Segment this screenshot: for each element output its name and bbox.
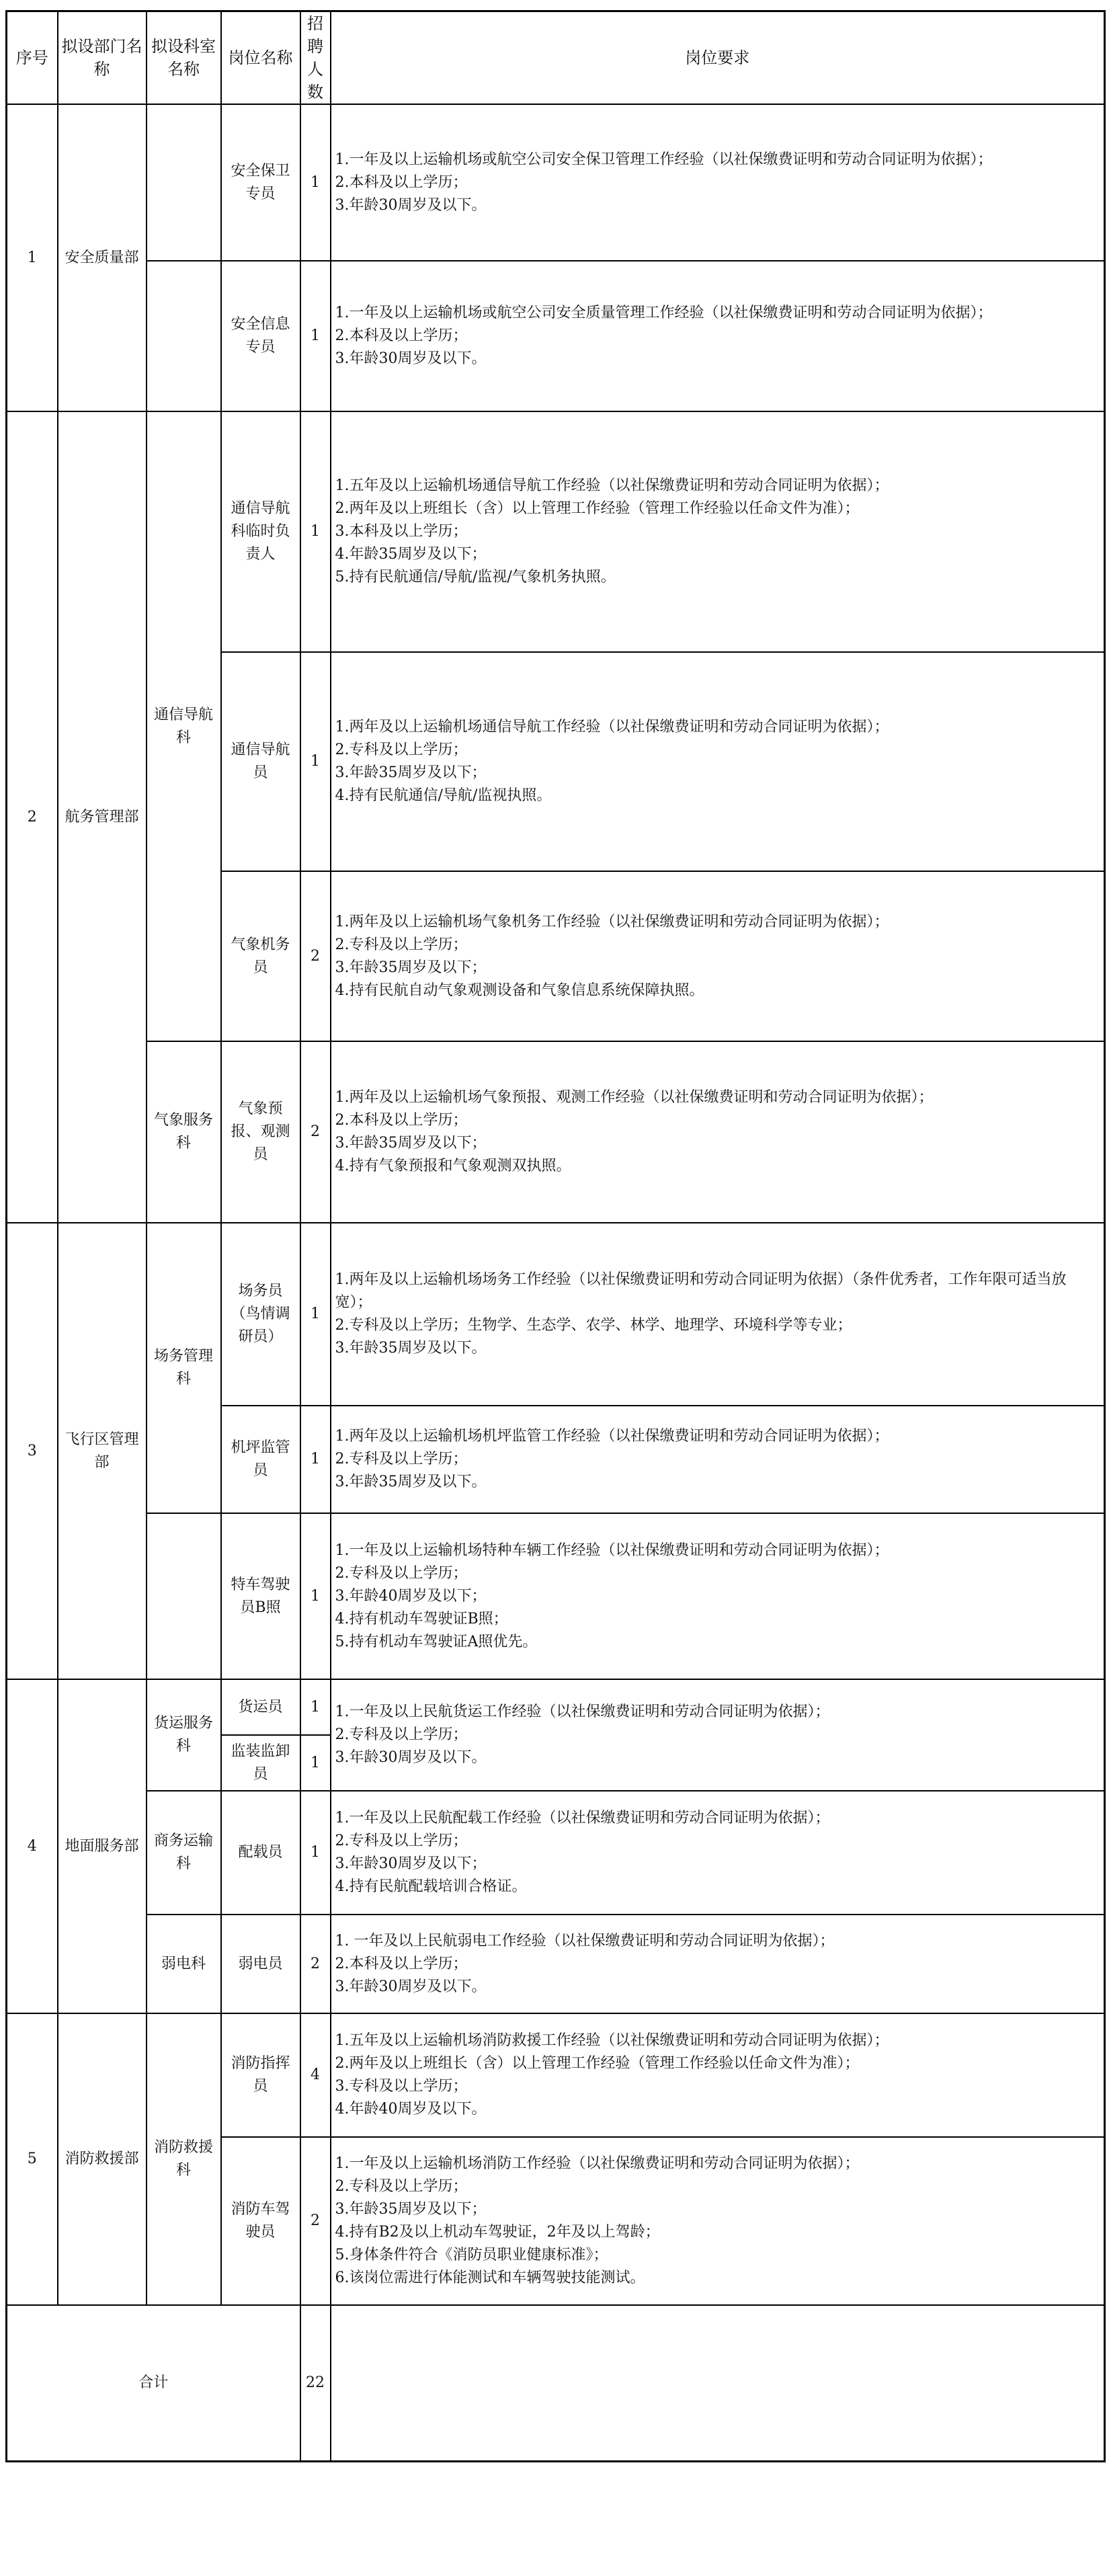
requirement-item: 4.年龄40周岁及以下。 [335, 2098, 1102, 2121]
cell-section: 通信导航科 [147, 411, 221, 1041]
requirement-item: 2.专科及以上学历； [335, 1562, 1102, 1585]
cell-count: 1 [300, 104, 331, 261]
cell-requirements: 1.一年及以上民航配载工作经验（以社保缴费证明和劳动合同证明为依据）；2.专科及… [331, 1791, 1105, 1915]
requirement-item: 1.两年及以上运输机场机坪监管工作经验（以社保缴费证明和劳动合同证明为依据）； [335, 1425, 1102, 1448]
cell-count: 1 [300, 652, 331, 871]
table-row: 1安全质量部安全保卫专员11.一年及以上运输机场或航空公司安全保卫管理工作经验（… [7, 104, 1105, 261]
requirement-item: 3.年龄30周岁及以下。 [335, 1746, 1102, 1769]
cell-position: 场务员（鸟情调研员） [221, 1223, 300, 1406]
table-row: 气象服务科气象预报、观测员21.两年及以上运输机场气象预报、观测工作经验（以社保… [7, 1041, 1105, 1223]
position-name: 通信导航科临时负责人 [222, 497, 300, 566]
requirement-item: 2.专科及以上学历； [335, 934, 1102, 957]
requirement-item: 4.年龄35周岁及以下； [335, 543, 1102, 566]
position-name: 配载员 [234, 1841, 286, 1864]
cell-section: 场务管理科 [147, 1223, 221, 1513]
cell-requirements: 1.一年及以上运输机场消防工作经验（以社保缴费证明和劳动合同证明为依据）；2.专… [331, 2137, 1105, 2305]
cell-position: 机坪监管员 [221, 1406, 300, 1513]
cell-section [147, 261, 221, 411]
cell-count: 1 [300, 1791, 331, 1915]
cell-requirements: 1.一年及以上运输机场或航空公司安全保卫管理工作经验（以社保缴费证明和劳动合同证… [331, 104, 1105, 261]
cell-no: 4 [7, 1679, 58, 2013]
cell-position: 通信导航科临时负责人 [221, 411, 300, 652]
cell-count: 1 [300, 1223, 331, 1406]
cell-requirements: 1. 一年及以上民航弱电工作经验（以社保缴费证明和劳动合同证明为依据）；2.本科… [331, 1915, 1105, 2013]
position-name: 机坪监管员 [222, 1437, 300, 1482]
total-label: 合计 [7, 2305, 300, 2462]
requirement-item: 1.一年及以上民航配载工作经验（以社保缴费证明和劳动合同证明为依据）； [335, 1807, 1102, 1830]
cell-section: 消防救援科 [147, 2013, 221, 2305]
cell-requirements: 1.一年及以上民航货运工作经验（以社保缴费证明和劳动合同证明为依据）；2.专科及… [331, 1679, 1105, 1791]
table-row: 4地面服务部货运服务科货运员11.一年及以上民航货运工作经验（以社保缴费证明和劳… [7, 1679, 1105, 1735]
cell-count: 4 [300, 2013, 331, 2137]
cell-dept: 航务管理部 [58, 411, 147, 1223]
cell-count: 2 [300, 2137, 331, 2305]
cell-count: 1 [300, 1735, 331, 1791]
cell-requirements: 1.两年及以上运输机场气象预报、观测工作经验（以社保缴费证明和劳动合同证明为依据… [331, 1041, 1105, 1223]
header-section: 拟设科室名称 [147, 11, 221, 105]
cell-count: 1 [300, 261, 331, 411]
requirement-item: 4.持有民航配载培训合格证。 [335, 1876, 1102, 1898]
cell-requirements: 1.两年及以上运输机场通信导航工作经验（以社保缴费证明和劳动合同证明为依据）；2… [331, 652, 1105, 871]
requirement-item: 4.持有民航自动气象观测设备和气象信息系统保障执照。 [335, 979, 1102, 1002]
requirement-item: 1.一年及以上运输机场消防工作经验（以社保缴费证明和劳动合同证明为依据）； [335, 2152, 1102, 2175]
position-name: 气象机务员 [222, 934, 300, 979]
requirement-item: 1.一年及以上运输机场特种车辆工作经验（以社保缴费证明和劳动合同证明为依据）； [335, 1539, 1102, 1562]
table-body: 1安全质量部安全保卫专员11.一年及以上运输机场或航空公司安全保卫管理工作经验（… [7, 104, 1105, 2305]
requirement-item: 4.持有机动车驾驶证B照； [335, 1608, 1102, 1631]
requirement-item: 1.两年及以上运输机场场务工作经验（以社保缴费证明和劳动合同证明为依据）（条件优… [335, 1269, 1102, 1314]
position-name: 气象预报、观测员 [222, 1098, 300, 1166]
requirement-item: 3.年龄35周岁及以下。 [335, 1471, 1102, 1494]
requirement-item: 5.身体条件符合《消防员职业健康标准》； [335, 2244, 1102, 2267]
cell-section: 货运服务科 [147, 1679, 221, 1791]
requirement-item: 2.本科及以上学历； [335, 1109, 1102, 1132]
cell-section: 商务运输科 [147, 1791, 221, 1915]
requirement-item: 2.本科及以上学历； [335, 1953, 1102, 1976]
requirement-item: 3.年龄30周岁及以下。 [335, 1976, 1102, 1999]
cell-dept: 飞行区管理部 [58, 1223, 147, 1679]
requirement-item: 1.一年及以上运输机场或航空公司安全质量管理工作经验（以社保缴费证明和劳动合同证… [335, 302, 1102, 325]
cell-position: 气象预报、观测员 [221, 1041, 300, 1223]
requirement-item: 3.年龄30周岁及以下。 [335, 194, 1102, 217]
cell-count: 1 [300, 1513, 331, 1679]
cell-dept: 地面服务部 [58, 1679, 147, 2013]
requirement-item: 1.两年及以上运输机场气象机务工作经验（以社保缴费证明和劳动合同证明为依据）； [335, 911, 1102, 934]
cell-position: 气象机务员 [221, 871, 300, 1041]
cell-count: 2 [300, 1915, 331, 2013]
requirement-item: 3.年龄30周岁及以下。 [335, 348, 1102, 370]
position-name: 货运员 [234, 1696, 286, 1719]
requirement-item: 2.专科及以上学历；生物学、生态学、农学、林学、地理学、环境科学等专业； [335, 1314, 1102, 1337]
table-row: 特车驾驶员B照11.一年及以上运输机场特种车辆工作经验（以社保缴费证明和劳动合同… [7, 1513, 1105, 1679]
table-row: 弱电科弱电员21. 一年及以上民航弱电工作经验（以社保缴费证明和劳动合同证明为依… [7, 1915, 1105, 2013]
cell-requirements: 1.五年及以上运输机场通信导航工作经验（以社保缴费证明和劳动合同证明为依据）；2… [331, 411, 1105, 652]
position-name: 消防车驾驶员 [222, 2198, 300, 2244]
table-row: 3飞行区管理部场务管理科场务员（鸟情调研员）11.两年及以上运输机场场务工作经验… [7, 1223, 1105, 1406]
table-row: 安全信息专员11.一年及以上运输机场或航空公司安全质量管理工作经验（以社保缴费证… [7, 261, 1105, 411]
cell-position: 安全信息专员 [221, 261, 300, 411]
requirement-item: 2.专科及以上学历； [335, 1830, 1102, 1853]
requirement-item: 3.专科及以上学历； [335, 2075, 1102, 2098]
requirement-item: 1.两年及以上运输机场气象预报、观测工作经验（以社保缴费证明和劳动合同证明为依据… [335, 1086, 1102, 1109]
position-name: 弱电员 [234, 1953, 286, 1976]
cell-requirements: 1.两年及以上运输机场场务工作经验（以社保缴费证明和劳动合同证明为依据）（条件优… [331, 1223, 1105, 1406]
cell-requirements: 1.一年及以上运输机场特种车辆工作经验（以社保缴费证明和劳动合同证明为依据）；2… [331, 1513, 1105, 1679]
requirement-item: 2.专科及以上学历； [335, 739, 1102, 762]
requirement-item: 2.专科及以上学历； [335, 1448, 1102, 1471]
requirement-item: 2.本科及以上学历； [335, 171, 1102, 194]
requirement-item: 1. 一年及以上民航弱电工作经验（以社保缴费证明和劳动合同证明为依据）； [335, 1930, 1102, 1953]
requirement-item: 5.持有机动车驾驶证A照优先。 [335, 1631, 1102, 1654]
requirement-item: 3.年龄35周岁及以下； [335, 957, 1102, 979]
table-row: 5消防救援部消防救援科消防指挥员41.五年及以上运输机场消防救援工作经验（以社保… [7, 2013, 1105, 2137]
requirement-item: 1.一年及以上民航货运工作经验（以社保缴费证明和劳动合同证明为依据）； [335, 1701, 1102, 1724]
cell-requirements: 1.一年及以上运输机场或航空公司安全质量管理工作经验（以社保缴费证明和劳动合同证… [331, 261, 1105, 411]
table-row: 商务运输科配载员11.一年及以上民航配载工作经验（以社保缴费证明和劳动合同证明为… [7, 1791, 1105, 1915]
position-name: 安全保卫专员 [222, 160, 300, 206]
requirement-item: 3.年龄30周岁及以下； [335, 1853, 1102, 1876]
cell-requirements: 1.两年及以上运输机场气象机务工作经验（以社保缴费证明和劳动合同证明为依据）；2… [331, 871, 1105, 1041]
header-requirements: 岗位要求 [331, 11, 1105, 105]
cell-no: 5 [7, 2013, 58, 2305]
requirement-item: 2.专科及以上学历； [335, 1724, 1102, 1746]
cell-position: 配载员 [221, 1791, 300, 1915]
total-requirements [331, 2305, 1105, 2462]
requirement-item: 3.年龄35周岁及以下； [335, 762, 1102, 784]
position-name: 场务员（鸟情调研员） [222, 1280, 300, 1349]
requirement-item: 3.年龄35周岁及以下； [335, 2198, 1102, 2221]
requirement-item: 1.五年及以上运输机场消防救援工作经验（以社保缴费证明和劳动合同证明为依据）； [335, 2029, 1102, 2052]
cell-section: 弱电科 [147, 1915, 221, 2013]
cell-position: 货运员 [221, 1679, 300, 1735]
total-row: 合计 22 [7, 2305, 1105, 2462]
cell-position: 特车驾驶员B照 [221, 1513, 300, 1679]
position-name: 特车驾驶员B照 [222, 1574, 300, 1619]
total-count: 22 [300, 2305, 331, 2462]
position-name: 通信导航员 [222, 739, 300, 784]
cell-section [147, 1513, 221, 1679]
requirement-item: 3.年龄35周岁及以下。 [335, 1337, 1102, 1360]
position-name: 安全信息专员 [222, 313, 300, 359]
cell-position: 监装监卸员 [221, 1735, 300, 1791]
requirement-item: 4.持有气象预报和气象观测双执照。 [335, 1155, 1102, 1178]
cell-section: 气象服务科 [147, 1041, 221, 1223]
requirement-item: 2.两年及以上班组长（含）以上管理工作经验（管理工作经验以任命文件为准）； [335, 2052, 1102, 2075]
cell-count: 2 [300, 1041, 331, 1223]
position-name: 监装监卸员 [222, 1740, 300, 1786]
requirement-item: 2.本科及以上学历； [335, 325, 1102, 348]
requirement-item: 2.两年及以上班组长（含）以上管理工作经验（管理工作经验以任命文件为准）； [335, 497, 1102, 520]
requirement-item: 4.持有B2及以上机动车驾驶证，2年及以上驾龄； [335, 2221, 1102, 2244]
cell-no: 3 [7, 1223, 58, 1679]
cell-position: 弱电员 [221, 1915, 300, 2013]
cell-count: 1 [300, 1406, 331, 1513]
requirement-item: 1.五年及以上运输机场通信导航工作经验（以社保缴费证明和劳动合同证明为依据）； [335, 475, 1102, 497]
cell-count: 2 [300, 871, 331, 1041]
cell-position: 安全保卫专员 [221, 104, 300, 261]
cell-position: 消防车驾驶员 [221, 2137, 300, 2305]
requirement-item: 5.持有民航通信/导航/监视/气象机务执照。 [335, 566, 1102, 589]
header-count: 招聘人数 [300, 11, 331, 105]
requirement-item: 3.年龄40周岁及以下； [335, 1585, 1102, 1608]
cell-no: 2 [7, 411, 58, 1223]
requirement-item: 3.年龄35周岁及以下； [335, 1132, 1102, 1155]
requirement-item: 6.该岗位需进行体能测试和车辆驾驶技能测试。 [335, 2267, 1102, 2290]
cell-position: 通信导航员 [221, 652, 300, 871]
header-no: 序号 [7, 11, 58, 105]
cell-dept: 安全质量部 [58, 104, 147, 411]
requirement-item: 4.持有民航通信/导航/监视执照。 [335, 784, 1102, 807]
requirement-item: 1.两年及以上运输机场通信导航工作经验（以社保缴费证明和劳动合同证明为依据）； [335, 716, 1102, 739]
header-dept: 拟设部门名称 [58, 11, 147, 105]
cell-dept: 消防救援部 [58, 2013, 147, 2305]
position-name: 消防指挥员 [222, 2052, 300, 2098]
cell-requirements: 1.两年及以上运输机场机坪监管工作经验（以社保缴费证明和劳动合同证明为依据）；2… [331, 1406, 1105, 1513]
cell-count: 1 [300, 411, 331, 652]
cell-count: 1 [300, 1679, 331, 1735]
requirement-item: 1.一年及以上运输机场或航空公司安全保卫管理工作经验（以社保缴费证明和劳动合同证… [335, 149, 1102, 171]
cell-requirements: 1.五年及以上运输机场消防救援工作经验（以社保缴费证明和劳动合同证明为依据）；2… [331, 2013, 1105, 2137]
requirement-item: 2.专科及以上学历； [335, 2175, 1102, 2198]
header-row: 序号 拟设部门名称 拟设科室名称 岗位名称 招聘人数 岗位要求 [7, 11, 1105, 105]
cell-position: 消防指挥员 [221, 2013, 300, 2137]
requirement-item: 3.本科及以上学历； [335, 520, 1102, 543]
table-row: 2航务管理部通信导航科通信导航科临时负责人11.五年及以上运输机场通信导航工作经… [7, 411, 1105, 652]
recruitment-table: 序号 拟设部门名称 拟设科室名称 岗位名称 招聘人数 岗位要求 1安全质量部安全… [5, 10, 1106, 2462]
header-position: 岗位名称 [221, 11, 300, 105]
cell-section [147, 104, 221, 261]
cell-no: 1 [7, 104, 58, 411]
